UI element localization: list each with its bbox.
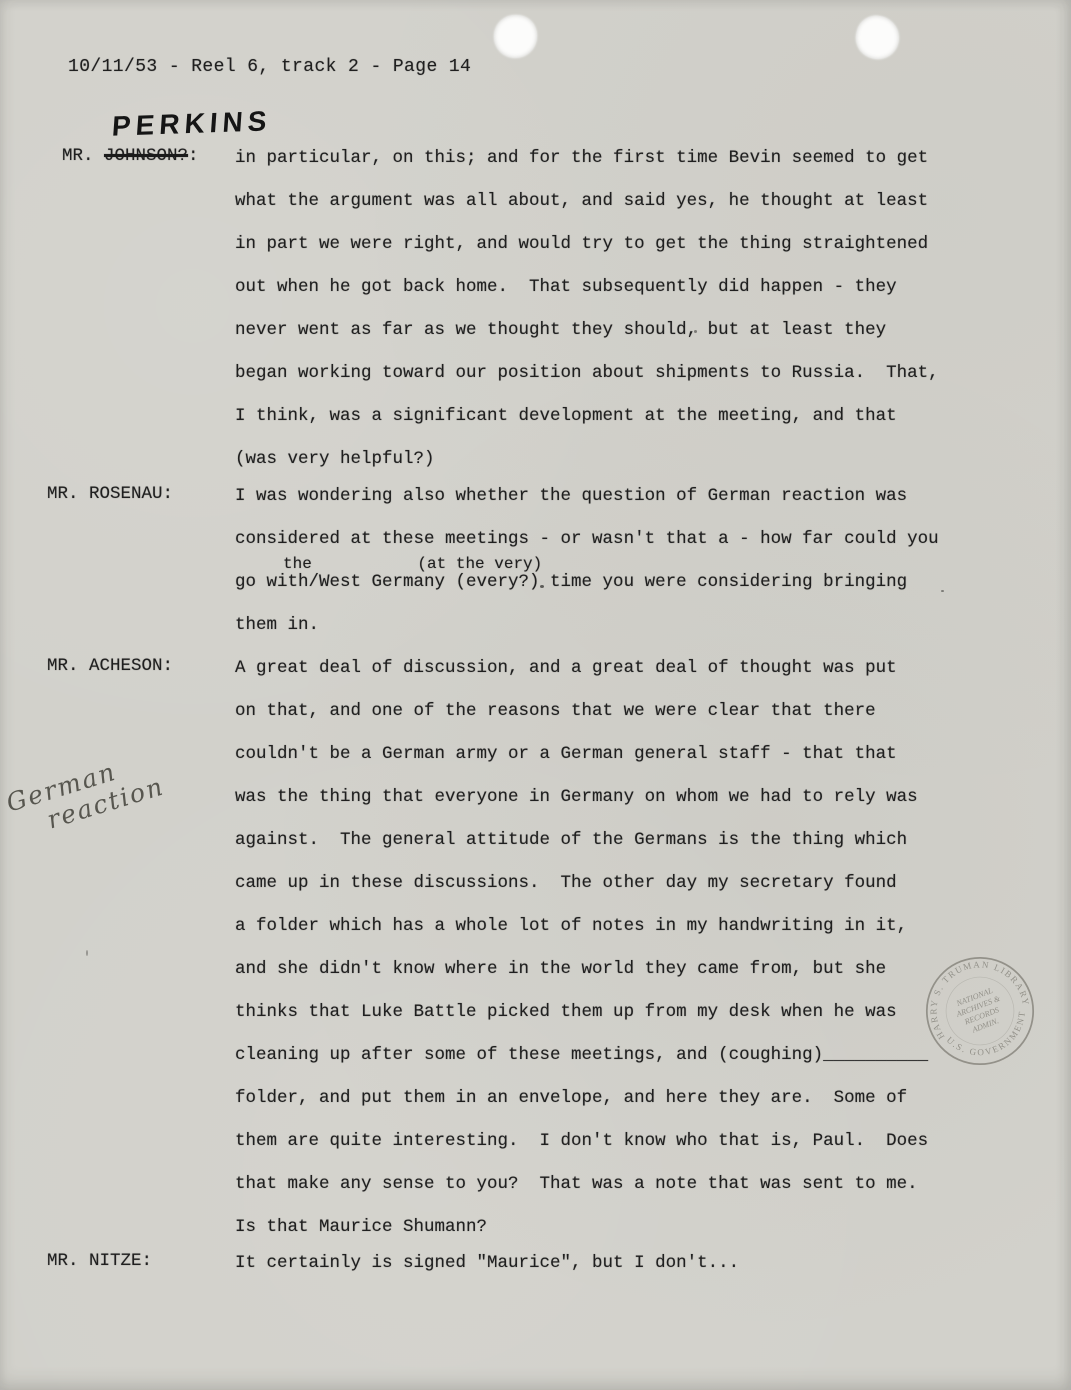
transcript-line: that make any sense to you? That was a n… xyxy=(235,1171,965,1214)
transcript-line: them in. xyxy=(235,612,965,655)
speaker-label-prefix: MR. xyxy=(62,146,104,166)
handwritten-name-correction: PERKINS xyxy=(111,105,273,143)
paper-speck xyxy=(941,590,944,592)
handwritten-margin-note: German reaction xyxy=(3,747,167,844)
paper-speck xyxy=(694,330,697,333)
transcript-line: A great deal of discussion, and a great … xyxy=(235,655,965,698)
paper-speck xyxy=(86,950,88,956)
transcript-line: go with/West Germany (every?) time you w… xyxy=(235,569,965,612)
transcript-line: I think, was a significant development a… xyxy=(235,403,965,446)
transcript-line: began working toward our position about … xyxy=(235,360,965,403)
speaker-label: MR. ROSENAU: xyxy=(47,484,173,504)
speaker-name-struck-through: JOHNSON? xyxy=(104,146,188,166)
transcript-line: never went as far as we thought they sho… xyxy=(235,317,965,360)
transcript-line: in particular, on this; and for the firs… xyxy=(235,145,965,188)
document-page: 10/11/53 - Reel 6, track 2 - Page 14 PER… xyxy=(0,0,1071,1390)
transcript-entry-perkins: MR. JOHNSON?:in particular, on this; and… xyxy=(235,145,965,489)
transcript-line: thinks that Luke Battle picked them up f… xyxy=(235,999,965,1042)
transcript-line: against. The general attitude of the Ger… xyxy=(235,827,965,870)
punch-hole-left xyxy=(494,15,537,58)
transcript-line: in part we were right, and would try to … xyxy=(235,231,965,274)
speech-lines: I was wondering also whether the questio… xyxy=(235,483,965,655)
transcript-line: I was wondering also whether the questio… xyxy=(235,483,965,526)
speech-lines: in particular, on this; and for the firs… xyxy=(235,145,965,489)
speech-lines: It certainly is signed "Maurice", but I … xyxy=(235,1250,965,1293)
speaker-label: MR. ACHESON: xyxy=(47,656,173,676)
punch-hole-right xyxy=(852,12,903,63)
stamp-center-text: NATIONAL ARCHIVES & RECORDS ADMIN. xyxy=(951,984,1010,1038)
page-header: 10/11/53 - Reel 6, track 2 - Page 14 xyxy=(68,57,471,77)
transcript-line: a folder which has a whole lot of notes … xyxy=(235,913,965,956)
transcript-line: cleaning up after some of these meetings… xyxy=(235,1042,965,1085)
transcript-entry-rosenau: MR. ROSENAU:I was wondering also whether… xyxy=(235,483,965,655)
interline-typed-insertion: the (at the very) xyxy=(235,556,542,572)
transcript-line: and she didn't know where in the world t… xyxy=(235,956,965,999)
transcript-line: It certainly is signed "Maurice", but I … xyxy=(235,1250,965,1293)
transcript-line: on that, and one of the reasons that we … xyxy=(235,698,965,741)
transcript-entry-acheson: MR. ACHESON:A great deal of discussion, … xyxy=(235,655,965,1257)
transcript-line: was the thing that everyone in Germany o… xyxy=(235,784,965,827)
transcript-line: folder, and put them in an envelope, and… xyxy=(235,1085,965,1128)
paper-speck xyxy=(540,585,544,588)
transcript-entry-nitze: MR. NITZE:It certainly is signed "Mauric… xyxy=(235,1250,965,1293)
transcript-line: came up in these discussions. The other … xyxy=(235,870,965,913)
transcript-line: couldn't be a German army or a German ge… xyxy=(235,741,965,784)
speaker-label: MR. JOHNSON?: xyxy=(62,146,199,166)
transcript-line: them are quite interesting. I don't know… xyxy=(235,1128,965,1171)
speaker-label-suffix: : xyxy=(188,146,199,166)
speaker-label: MR. NITZE: xyxy=(47,1251,152,1271)
speech-lines: A great deal of discussion, and a great … xyxy=(235,655,965,1257)
transcript-line: out when he got back home. That subseque… xyxy=(235,274,965,317)
transcript-line: what the argument was all about, and sai… xyxy=(235,188,965,231)
